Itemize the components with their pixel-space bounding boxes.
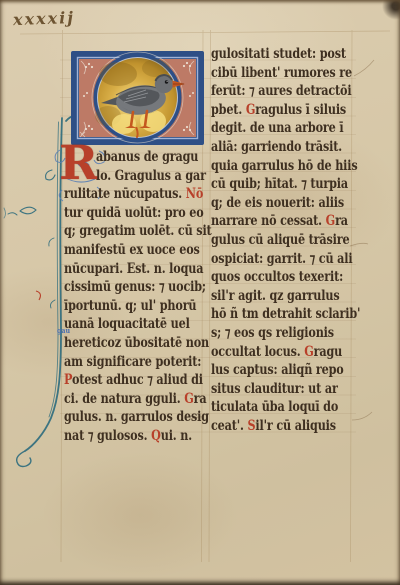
text-line: gulositati studet: post: [211, 46, 333, 65]
body-text: hō ñ tm detrahit sclarib': [211, 306, 360, 322]
body-text: quia garrulus hō de hiis: [211, 158, 358, 174]
body-text: gulus cū aliquē trāsire: [211, 232, 349, 248]
folio-number: xxxxij: [13, 8, 76, 29]
body-text: am significare poterit:: [64, 354, 201, 370]
body-text: q; de eis nouerit: aliis: [211, 195, 344, 211]
body-text: degit. de una arbore ī: [211, 120, 343, 136]
text-line: rulitate nūcupatus. Nō: [64, 186, 184, 205]
text-line: cibū libent' rumores re: [211, 65, 333, 84]
body-text: aliā: garriendo trāsit.: [211, 139, 342, 155]
text-line: aliā: garriendo trāsit.: [211, 139, 333, 158]
body-text: cissimū genus: ⁊ uocib;: [64, 279, 206, 295]
body-text: otest adhuc ⁊ aliud di: [72, 372, 203, 388]
text-line: ceat'. Sil'r cū aliquis: [211, 418, 333, 437]
text-line: s; ⁊ eos qs religionis: [211, 325, 333, 344]
body-text: sil'r agit. qz garrulus: [211, 288, 340, 304]
red-margin-tick: [36, 291, 40, 300]
text-line: ferūt: ⁊ aures detractōi: [211, 83, 333, 102]
text-line: hereticoz ūbositatē non: [64, 335, 184, 354]
body-text: gulositati studet: post: [211, 46, 346, 62]
text-line: nat ⁊ gulosos. Qui. n.: [64, 428, 184, 447]
body-text: hereticoz ūbositatē non: [64, 335, 209, 351]
text-line: cū quib; hītat. ⁊ turpia: [211, 176, 333, 195]
text-line: manifestū ex uoce eos: [64, 242, 184, 261]
text-line: nūcupari. Est. n. loqua: [64, 261, 184, 280]
text-line: uanā loquacitatē uel: [64, 316, 184, 335]
rubricated-text: P: [64, 372, 72, 388]
rubricated-text: Q: [151, 428, 161, 444]
body-text: īportunū. q; ul' phorū: [64, 298, 196, 314]
text-line: degit. de una arbore ī: [211, 120, 333, 139]
body-text: ticulata ūba loquī do: [211, 399, 338, 415]
body-text: ra: [194, 391, 207, 407]
body-text: nat ⁊ gulosos.: [64, 428, 151, 444]
text-line: q; de eis nouerit: aliis: [211, 195, 333, 214]
text-line: am significare poterit:: [64, 354, 184, 373]
text-line: gulus cū aliquē trāsire: [211, 232, 333, 251]
body-text: quos occultos texerit:: [211, 269, 343, 285]
body-text: ui. n.: [161, 428, 192, 444]
body-text: abanus de gragu: [96, 149, 198, 165]
manuscript-page: xxxxij R gau abanus de gragulo. Gragulus…: [0, 0, 400, 585]
rubricated-text: S: [247, 418, 255, 434]
text-line: cissimū genus: ⁊ uocib;: [64, 279, 184, 298]
text-line: occultat locus. Gragu: [211, 344, 333, 363]
text-line: hō ñ tm detrahit sclarib': [211, 306, 333, 325]
text-line: Potest adhuc ⁊ aliud di: [64, 372, 184, 391]
body-text: uanā loquacitatē uel: [64, 316, 190, 332]
text-line: quia garrulus hō de hiis: [211, 158, 333, 177]
rubricated-text: Nō: [186, 186, 203, 202]
body-text: ra: [335, 213, 348, 229]
body-text: situs clauditur: ut ar: [211, 381, 338, 397]
body-text: ragulus ī siluis: [255, 102, 346, 118]
rubricated-text: G: [184, 391, 193, 407]
body-text: tur quidā uolūt: pro eo: [64, 205, 204, 221]
text-column-left: abanus de gragulo. Gragulus a garrulitat…: [64, 149, 214, 447]
body-text: ospiciat: garrit. ⁊ cū ali: [211, 251, 352, 267]
body-text: pbet.: [211, 102, 246, 118]
body-text: manifestū ex uoce eos: [64, 242, 200, 258]
text-line: ospiciat: garrit. ⁊ cū ali: [211, 251, 333, 270]
body-text: ceat'.: [211, 418, 247, 434]
body-text: nūcupari. Est. n. loqua: [64, 261, 203, 277]
body-text: ragu: [314, 344, 343, 360]
text-line: abanus de gragu: [64, 149, 184, 168]
body-text: rulitate nūcupatus.: [64, 186, 186, 202]
rubricated-text: G: [326, 213, 335, 229]
text-line: ci. de natura gguli. Gra: [64, 391, 184, 410]
body-text: narrare nō cessat.: [211, 213, 326, 229]
text-line: lus captus: aliqñ repo: [211, 362, 333, 381]
body-text: cibū libent' rumores re: [211, 65, 352, 81]
body-text: occultat locus.: [211, 344, 304, 360]
text-line: tur quidā uolūt: pro eo: [64, 205, 184, 224]
body-text: s; ⁊ eos qs religionis: [211, 325, 334, 341]
body-text: lus captus: aliqñ repo: [211, 362, 344, 378]
text-line: situs clauditur: ut ar: [211, 381, 333, 400]
body-text: gulus. n. garrulos desig: [64, 409, 209, 425]
body-text: lo. Gragulus a gar: [96, 168, 206, 184]
text-line: pbet. Gragulus ī siluis: [211, 102, 333, 121]
text-line: ticulata ūba loquī do: [211, 399, 333, 418]
text-column-right: gulositati studet: postcibū libent' rumo…: [211, 46, 363, 436]
body-text: ferūt: ⁊ aures detractōi: [211, 83, 351, 99]
rubricated-text: G: [304, 344, 313, 360]
miniature-jackdaw-roundel: [71, 51, 204, 145]
rubricated-text: G: [246, 102, 255, 118]
text-line: īportunū. q; ul' phorū: [64, 298, 184, 317]
body-text: cū quib; hītat. ⁊ turpia: [211, 176, 348, 192]
body-text: ci. de natura gguli.: [64, 391, 184, 407]
text-line: quos occultos texerit:: [211, 269, 333, 288]
text-line: gulus. n. garrulos desig: [64, 409, 184, 428]
body-text: il'r cū aliquis: [255, 418, 336, 434]
text-line: sil'r agit. qz garrulus: [211, 288, 333, 307]
body-text: q; gregatim uolēt. cū sit: [64, 223, 212, 239]
text-line: narrare nō cessat. Gra: [211, 213, 333, 232]
text-line: q; gregatim uolēt. cū sit: [64, 223, 184, 242]
text-line: lo. Gragulus a gar: [64, 168, 184, 187]
